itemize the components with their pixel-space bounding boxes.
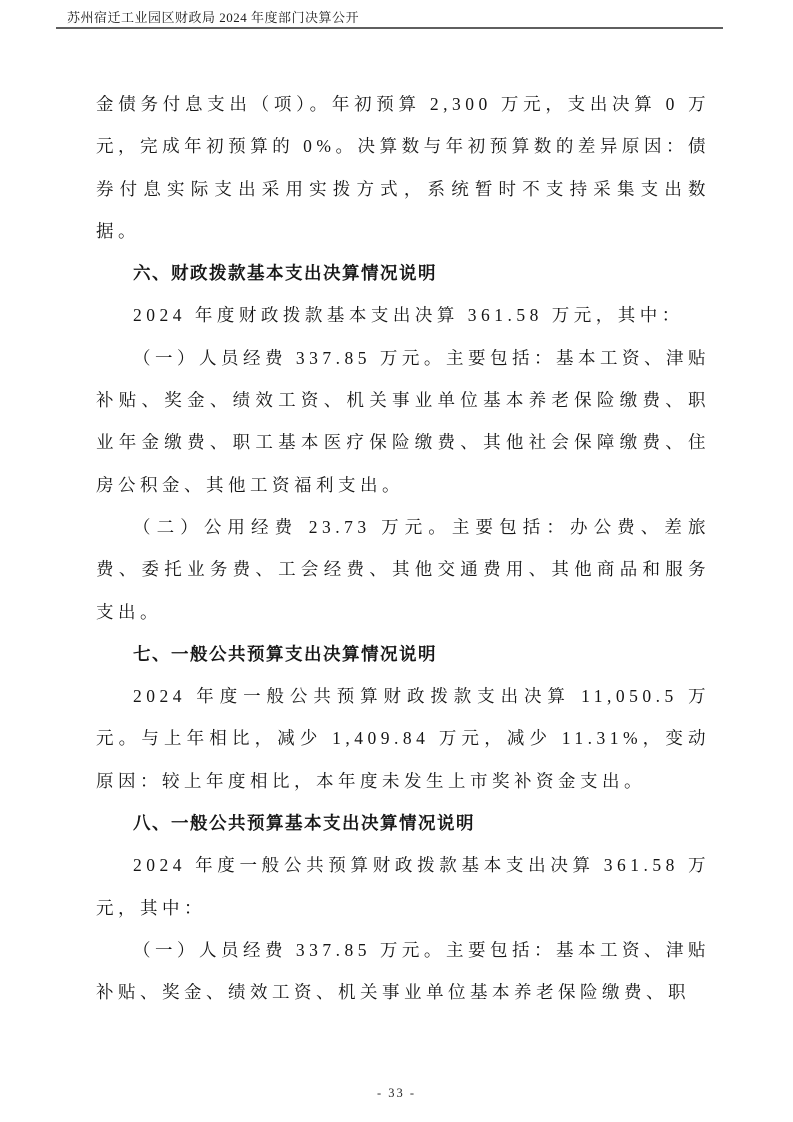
paragraph-debt-interest-note: 金债务付息支出（项）。年初预算 2,300 万元，支出决算 0 万元，完成年初预…: [96, 83, 710, 252]
page-footer: - 33 -: [0, 1086, 793, 1101]
paragraph-personnel-funds-repeat: （一）人员经费 337.85 万元。主要包括：基本工资、津贴补贴、奖金、绩效工资…: [96, 929, 710, 1014]
paragraph-general-budget-basic-total: 2024 年度一般公共预算财政拨款基本支出决算 361.58 万元，其中：: [96, 844, 710, 929]
paragraph-basic-expenditure-total: 2024 年度财政拨款基本支出决算 361.58 万元，其中：: [96, 294, 710, 336]
header-divider: [56, 27, 723, 29]
document-body: 金债务付息支出（项）。年初预算 2,300 万元，支出决算 0 万元，完成年初预…: [96, 83, 710, 1014]
page-number: - 33 -: [377, 1086, 416, 1100]
section-heading-seven: 七、一般公共预算支出决算情况说明: [96, 633, 710, 675]
paragraph-public-funds: （二）公用经费 23.73 万元。主要包括：办公费、差旅费、委托业务费、工会经费…: [96, 506, 710, 633]
document-page: 苏州宿迁工业园区财政局 2024 年度部门决算公开 金债务付息支出（项）。年初预…: [0, 0, 793, 1122]
section-heading-eight: 八、一般公共预算基本支出决算情况说明: [96, 802, 710, 844]
section-heading-six: 六、财政拨款基本支出决算情况说明: [96, 252, 710, 294]
header-title: 苏州宿迁工业园区财政局 2024 年度部门决算公开: [67, 7, 359, 26]
paragraph-general-budget-expenditure: 2024 年度一般公共预算财政拨款支出决算 11,050.5 万元。与上年相比，…: [96, 675, 710, 802]
paragraph-personnel-funds: （一）人员经费 337.85 万元。主要包括：基本工资、津贴补贴、奖金、绩效工资…: [96, 337, 710, 506]
